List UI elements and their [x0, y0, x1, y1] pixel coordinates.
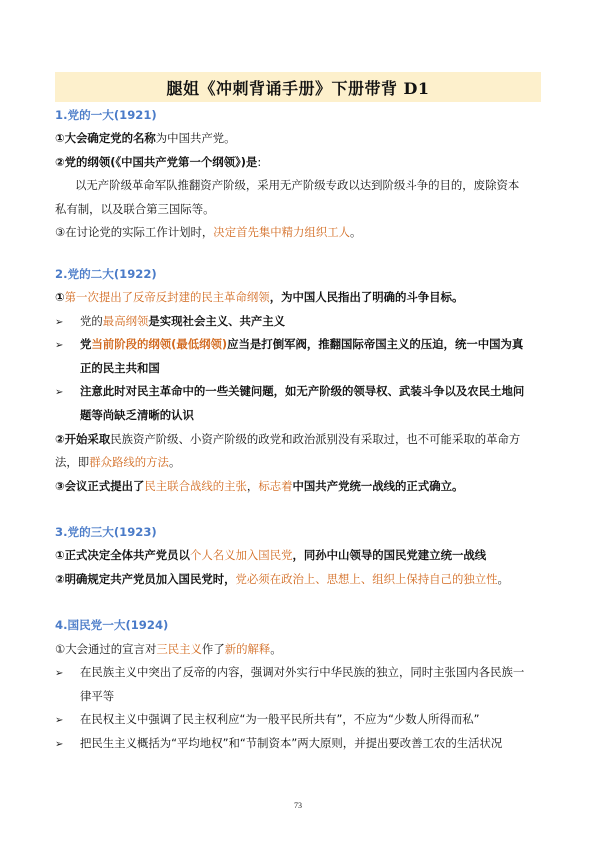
arrow-bullet-icon: ➢ — [55, 339, 80, 353]
highlighted-text: 三民主义 — [156, 642, 202, 656]
bullet-item: ➢在民族主义中突出了反帝的内容，强调对外实行中华民族的独立，同时主张国内各民族一 — [55, 665, 545, 681]
text-span: 是实现社会主义、共产主义 — [148, 314, 285, 328]
text-span: ， — [247, 479, 258, 493]
text-span: ① — [55, 290, 65, 304]
arrow-bullet-icon: ➢ — [55, 316, 80, 330]
arrow-bullet-icon: ➢ — [55, 386, 80, 400]
text-line: ①大会确定党的名称为中国共产党。 — [55, 131, 545, 145]
arrow-bullet-icon: ➢ — [55, 738, 80, 752]
text-span: 题等尚缺乏清晰的认识 — [80, 408, 194, 422]
section-heading: 1.党的一大(1921) — [55, 108, 545, 122]
text-span: 在民族主义中突出了反帝的内容，强调对外实行中华民族的独立，同时主张国内各民族一 — [80, 665, 524, 679]
text-line: ①大会通过的宣言对三民主义作了新的解释。 — [55, 642, 545, 656]
text-line: ①第一次提出了反帝反封建的民主革命纲领，为中国人民指出了明确的斗争目标。 — [55, 290, 545, 304]
highlighted-text: 最高纲领 — [103, 314, 149, 328]
text-span: ①大会通过的宣言对 — [55, 642, 156, 656]
text-line: ③在讨论党的实际工作计划时，决定首先集中精力组织工人。 — [55, 225, 545, 239]
text-span: ②明确规定共产党员加入国民党时， — [55, 572, 236, 586]
bullet-item: ➢党的最高纲领是实现社会主义、共产主义 — [55, 314, 545, 330]
text-span: ①正式决定全体共产党员以 — [55, 548, 190, 562]
highlighted-text: 第一次提出了反帝反封建的民主革命纲领 — [65, 290, 270, 304]
text-span: 法，即 — [55, 455, 89, 469]
text-line: ③会议正式提出了民主联合战线的主张，标志着中国共产党统一战线的正式确立。 — [55, 479, 545, 493]
text-line: ②明确规定共产党员加入国民党时，党必须在政治上、思想上、组织上保持自己的独立性。 — [55, 572, 545, 586]
text-line: ②开始采取民族资产阶级、小资产阶级的政党和政治派别没有采取过，也不可能采取的革命… — [55, 432, 545, 446]
text-line: ②党的纲领(《中国共产党第一个纲领》)是: — [55, 155, 545, 169]
text-line: 法，即群众路线的方法。 — [55, 455, 545, 469]
text-span: ③会议正式提出了 — [55, 479, 144, 493]
section-heading: 3.党的三大(1923) — [55, 525, 545, 539]
highlighted-text: 个人名义加入国民党 — [190, 548, 293, 562]
text-span: 律平等 — [80, 689, 114, 703]
page-number: 73 — [0, 801, 596, 810]
text-span: ②党的纲领(《中国共产党第一个纲领》)是 — [55, 155, 257, 169]
text-span: 为中国共产党。 — [156, 131, 236, 145]
text-span: ③在讨论党的实际工作计划时， — [55, 225, 213, 239]
text-span: 在民权主义中强调了民主权利应“为一般平民所共有”，不应为“少数人所得而私” — [80, 712, 480, 726]
text-span: 私有制，以及联合第三国际等。 — [55, 202, 214, 216]
bullet-item: ➢注意此时对民主革命中的一些关键问题，如无产阶级的领导权、武装斗争以及农民土地问 — [55, 384, 545, 400]
text-span: ②开始采取 — [55, 432, 110, 446]
bullet-item: ➢党当前阶段的纲领(最低纲领)应当是打倒军阀，推翻国际帝国主义的压迫，统一中国为… — [55, 337, 545, 353]
section-heading: 4.国民党一大(1924) — [55, 618, 545, 632]
text-span: 作了 — [202, 642, 225, 656]
arrow-bullet-icon: ➢ — [55, 667, 80, 681]
highlighted-text: 当前阶段的纲领(最低纲领) — [91, 337, 227, 351]
highlighted-text: 标志着 — [258, 479, 292, 493]
text-span: 。 — [169, 455, 180, 469]
text-span: 注意此时对民主革命中的一些关键问题，如无产阶级的领导权、武装斗争以及农民土地问 — [80, 384, 524, 398]
text-span: 正的民主共和国 — [80, 361, 160, 375]
text-span: ①大会确定党的名称 — [55, 131, 156, 145]
text-span: 中国共产党统一战线的正式确立。 — [293, 479, 464, 493]
highlighted-text: 决定首先集中精力组织工人 — [213, 225, 350, 239]
bullet-item: ➢在民权主义中强调了民主权利应“为一般平民所共有”，不应为“少数人所得而私” — [55, 712, 545, 728]
text-span: 以无产阶级革命军队推翻资产阶级，采用无产阶级专政以达到阶级斗争的目的，废除资本 — [75, 178, 519, 192]
text-span: 。 — [350, 225, 361, 239]
highlighted-text: 新的解释 — [225, 642, 271, 656]
bullet-continuation: 正的民主共和国 — [80, 361, 570, 375]
text-line: ①正式决定全体共产党员以个人名义加入国民党，同孙中山领导的国民党建立统一战线 — [55, 548, 545, 562]
text-span: 。 — [498, 572, 509, 586]
highlighted-text: 群众路线的方法 — [89, 455, 169, 469]
text-span: 党的 — [80, 314, 103, 328]
document-page: 腿姐《冲刺背诵手册》下册带背 D1 1.党的一大(1921)①大会确定党的名称为… — [0, 0, 596, 842]
text-span: 应当是打倒军阀，推翻国际帝国主义的压迫，统一中国为真 — [227, 337, 523, 351]
highlighted-text: 党必须在政治上、思想上、组织上保持自己的独立性 — [236, 572, 498, 586]
text-span: ，同孙中山领导的国民党建立统一战线 — [292, 548, 486, 562]
highlighted-text: 民主联合战线的主张 — [144, 479, 247, 493]
bullet-continuation: 律平等 — [80, 689, 570, 703]
text-line: 以无产阶级革命军队推翻资产阶级，采用无产阶级专政以达到阶级斗争的目的，废除资本 — [75, 178, 565, 192]
text-span: 民族资产阶级、小资产阶级的政党和政治派别没有采取过，也不可能采取的革命方 — [110, 432, 520, 446]
bullet-item: ➢把民生主义概括为“平均地权”和“节制资本”两大原则，并提出要改善工农的生活状况 — [55, 736, 545, 752]
text-span: ，为中国人民指出了明确的斗争目标。 — [270, 290, 464, 304]
section-heading: 2.党的二大(1922) — [55, 267, 545, 281]
page-title: 腿姐《冲刺背诵手册》下册带背 D1 — [55, 72, 541, 102]
text-span: 把民生主义概括为“平均地权”和“节制资本”两大原则，并提出要改善工农的生活状况 — [80, 736, 502, 750]
text-span: : — [257, 155, 261, 169]
arrow-bullet-icon: ➢ — [55, 714, 80, 728]
bullet-continuation: 题等尚缺乏清晰的认识 — [80, 408, 570, 422]
text-span: 。 — [270, 642, 281, 656]
text-line: 私有制，以及联合第三国际等。 — [55, 202, 545, 216]
text-span: 党 — [80, 337, 91, 351]
